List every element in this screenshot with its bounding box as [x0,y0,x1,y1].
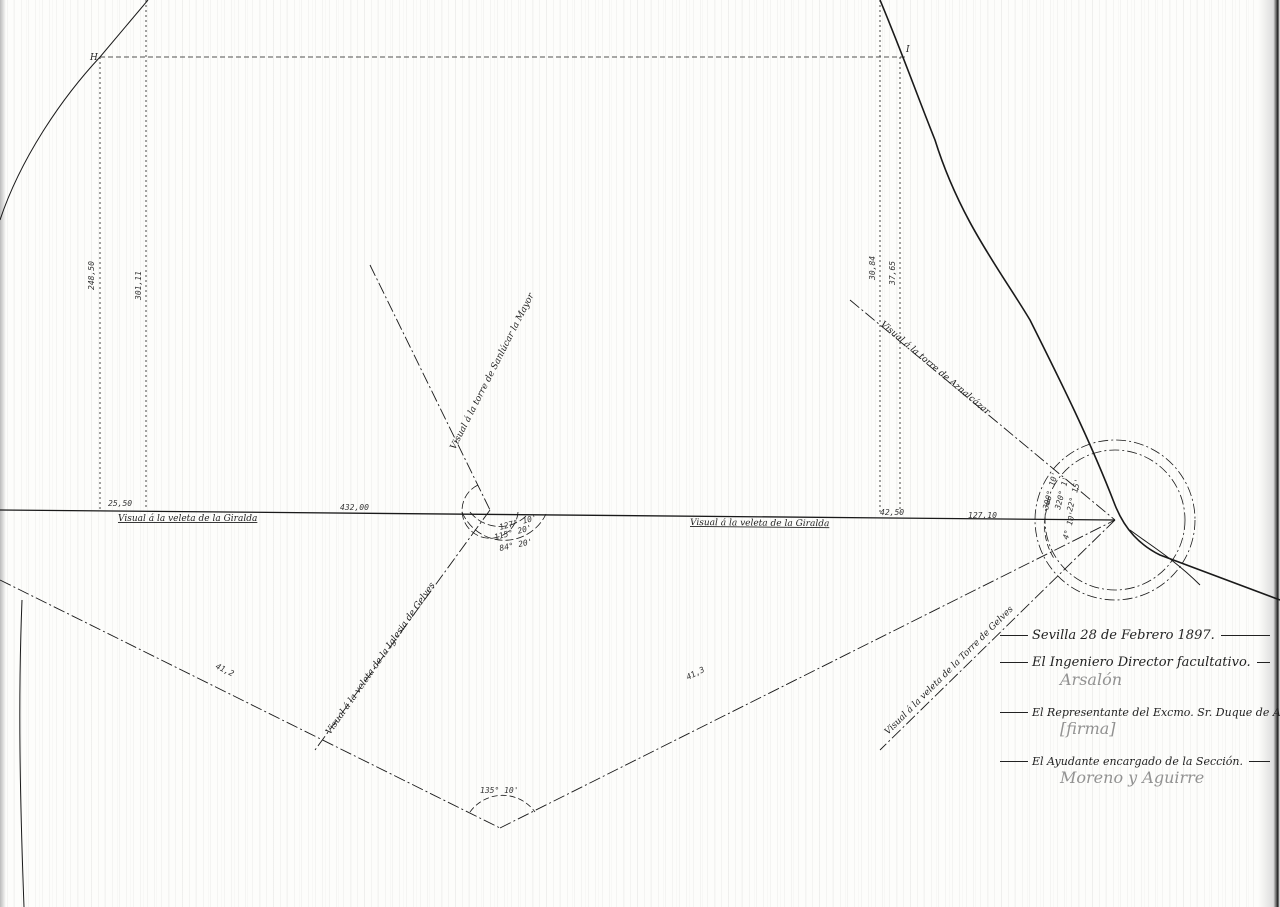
measure-baseline-left-offset: 25,50 [108,499,132,508]
point-i-label: I [905,45,910,55]
role-engineer: El Ingeniero Director facultativo. [1000,655,1270,670]
date-line: Sevilla 28 de Febrero 1897. [1000,628,1270,643]
role-representative: El Representante del Excmo. Sr. Duque de… [1000,706,1270,719]
measure-vertical-3: 30,84 [868,256,877,281]
signature-assistant: Moreno y Aguirre [1000,768,1270,804]
angle-bottom-vertex: 135° 10' [480,786,519,795]
sightline-right-baseline: Visual á la veleta de la Giralda [690,517,829,529]
sightline-left-baseline: Visual á la veleta de la Giralda [118,513,257,524]
boundary-left [0,0,148,220]
sightline-upper-right: Visual á la torre de Aznalcázar [878,319,993,418]
boundary-right [880,0,1280,600]
angle-right-4: 4° 10' [1061,510,1077,540]
measure-baseline-mid: 432,00 [340,503,369,512]
point-h-label: H [89,53,98,63]
measure-vertical-4: 37,65 [888,261,897,286]
sightline-upper-left: Visual á la torre de Sanlúcar la Mayor [448,291,537,452]
measure-vertical-1: 248,50 [87,261,96,290]
sightline-lower-left: Visual á la veleta de la Iglesia de Gelv… [323,580,437,737]
measure-vertical-2: 301,11 [134,271,143,301]
signature-representative: [firma] [1000,719,1270,755]
measure-baseline-right-end: 127,10 [968,511,997,520]
signature-engineer: Arsalón [1000,670,1270,706]
measure-diag-right: 41,3 [685,665,706,682]
sightline-lower-right: Visual á la veleta de la Torre de Gelves [882,604,1016,738]
measure-diag-left: 41,2 [214,662,235,679]
signature-block: Sevilla 28 de Febrero 1897. El Ingeniero… [1000,628,1270,804]
role-assistant: El Ayudante encargado de la Sección. [1000,755,1270,768]
measure-baseline-right-offset: 42,50 [880,508,904,517]
